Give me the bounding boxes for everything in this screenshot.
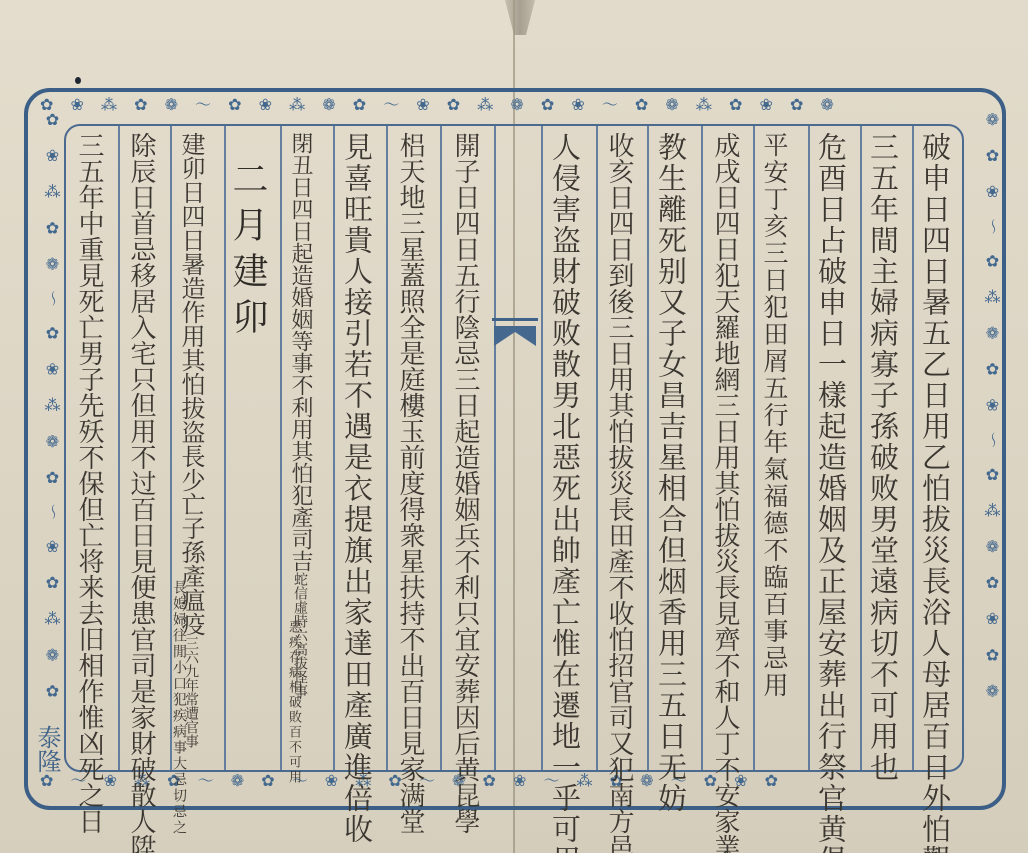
column-rule <box>280 126 282 770</box>
text-column-5: 成戌日四日犯天羅地網三日用其怕拔災長見齊不和人丁不安家業消 <box>706 132 744 762</box>
text-column-11: 見喜旺貴人接引若不遇是衣提旗出家達田產廣進倍收 <box>338 132 376 762</box>
plum-blossom-border-left: ✿ ❀ ⁂ ✿ ❁ ～ ✿ ❀ ⁂ ❁ ✿ ～ ❀ ✿ ⁂ ❁ ✿ <box>28 110 64 780</box>
column-rule <box>440 126 442 770</box>
text-column-10: 梠天地三星蓋照全是庭樓玉前度得衆星扶持不出百日見家满堂 <box>391 132 429 762</box>
column-rule <box>808 126 810 770</box>
column-14-note-b: 長媳婦往閒小口犯疾病事大忌切忌之 <box>172 580 186 770</box>
column-rule <box>118 126 120 770</box>
column-rule <box>701 126 703 770</box>
column-rule <box>753 126 755 770</box>
column-rule <box>912 126 914 770</box>
column-rule <box>386 126 388 770</box>
column-14-main: 建卯日四日暑造作用其怕拔盗長少亡子孫產瘟疫 <box>177 132 205 636</box>
plum-blossom-border-right: ❁ ✿ ❀ ～ ✿ ⁂ ❁ ✿ ❀ ～ ✿ ⁂ ❁ ✿ ❀ ✿ ❁ <box>968 110 1004 780</box>
text-column-15: 除辰日首忌移居入宅只但用不过百日見便患官司是家財破散人陞 <box>122 132 160 762</box>
text-column-4: 平安丁亥三日犯田屑五行年氣福德不臨百事忌用 <box>758 132 790 762</box>
text-column-9: 開子日四日五行陰忌三日起造婚姻兵不利只宜安葬因后黄昆學 <box>446 132 484 762</box>
column-rule <box>224 126 226 770</box>
column-12-main: 閉丑日四日起造婚姻等事不利用其怕犯產司吉 <box>288 132 313 572</box>
text-column-6: 教生離死别又子女昌吉星相合但烟香用三五日无妨 <box>652 132 690 762</box>
corner-seal-text: 泰隆 <box>30 725 65 773</box>
fish-tail-marker-icon <box>490 318 540 368</box>
column-rule <box>596 126 598 770</box>
text-column-7: 收亥日四日到後三日用其怕拔災長田產不收怕招官司又犯南方邑 <box>600 132 638 762</box>
text-column-3: 危酉日占破申日一樣起造婚姻及正屋安葬出行祭官黄俱不利 <box>812 132 850 762</box>
column-12-note-b: 惡疾存病相破敗百不可用 <box>287 620 300 770</box>
column-rule <box>860 126 862 770</box>
text-column-16: 三五年中重見死亡男子先殀不保但亡将来去旧相作惟凶死之日 <box>70 132 108 762</box>
column-rule <box>494 126 496 770</box>
text-column-1: 破申日四日暑五乙日用乙怕拔災長浴人母居百日外怕觀產非吉 <box>916 132 954 762</box>
plum-blossom-border-top: ✿ ❀ ⁂ ✿ ❁ ～ ✿ ❀ ⁂ ❁ ✿ ～ ❀ ✿ ⁂ ❁ ✿ ❀ ～ ✿ … <box>40 92 990 122</box>
column-rule <box>541 126 543 770</box>
ink-dot <box>75 77 81 84</box>
column-rule <box>647 126 649 770</box>
text-column-8: 人侵害盗財破败散男北惡死出帥產亡惟在遷地一乎可用 <box>546 132 584 762</box>
month-heading: 二月建卯 <box>228 160 266 790</box>
column-rule <box>333 126 335 770</box>
text-column-2: 三五年間主婦病寡子孫破败男堂遠病切不可用也 <box>864 132 902 762</box>
